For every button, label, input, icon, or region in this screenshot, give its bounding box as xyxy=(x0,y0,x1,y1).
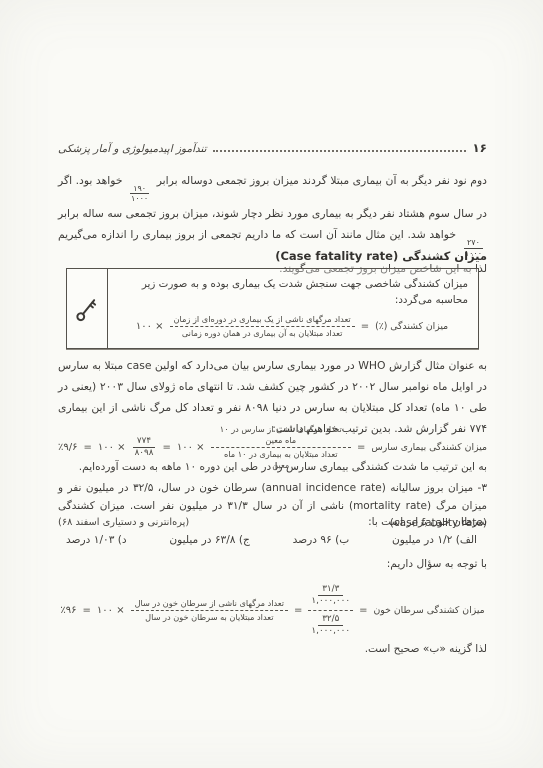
exam-source: (پره‌انترنی و دستیاری اسفند ۶۸) xyxy=(58,517,189,528)
times-100: × ۱۰۰ xyxy=(97,605,125,616)
option-key: ج) xyxy=(239,534,250,546)
equals-sign: = xyxy=(357,442,365,453)
fraction-denominator: ۸۰۹۸ xyxy=(132,448,157,459)
fraction-denominator: ۱۰۰۰ xyxy=(129,194,150,203)
result-value: ٪۹۶ xyxy=(60,605,76,616)
question-tail: سرطان خون برابر است با: xyxy=(368,516,487,528)
option-c: ج) ۶۳/۸ در میلیون xyxy=(169,534,249,546)
option-key: الف) xyxy=(456,534,477,546)
fraction-numerator: ۱۹۰ xyxy=(130,184,149,194)
times-100: × ۱۰۰ xyxy=(177,442,205,453)
complex-fraction-top: ۳۱/۳ ۱,۰۰۰,۰۰۰ xyxy=(308,584,353,607)
fraction-denominator: تعداد مبتلایان به آن بیماری در همان دوره… xyxy=(178,327,347,339)
leukemia-cfr-formula: میزان کشندگی سرطان خون = ۳۱/۳ ۱,۰۰۰,۰۰۰ … xyxy=(58,584,487,637)
key-icon-cell xyxy=(67,269,108,348)
option-key: د) xyxy=(118,534,127,546)
equals-sign: = xyxy=(359,605,367,616)
formula-label: میزان کشندگی سرطان خون xyxy=(373,605,484,616)
equals-sign: = xyxy=(162,442,170,453)
conclusion-line: لذا گزینه «ب» صحیح است. xyxy=(58,643,487,655)
sars-note: به این ترتیب ما شدت کشندگی بیماری سارس ر… xyxy=(58,461,487,473)
option-text: ۱/۰۳ درصد xyxy=(66,534,114,546)
page-number: ۱۶ xyxy=(472,141,487,155)
cfr-definition-formula: میزان کشندگی (٪) = تعداد مرگهای ناشی از … xyxy=(116,314,468,339)
equals-sign: = xyxy=(83,442,91,453)
option-text: ۹۶ درصد xyxy=(293,534,332,546)
solution-lead-in: با توجه به سؤال داریم: xyxy=(58,558,487,570)
book-title: تندآموز اپیدمیولوژی و آمار پزشکی xyxy=(58,143,207,155)
definition-box: میزان کشندگی شاخصی جهت سنجش شدت یک بیمار… xyxy=(66,268,479,349)
definition-text: میزان کشندگی شاخصی جهت سنجش شدت یک بیمار… xyxy=(116,276,468,308)
option-key: ب) xyxy=(335,534,349,546)
key-icon xyxy=(73,294,102,323)
option-text: ۱/۲ در میلیون xyxy=(392,534,452,546)
option-text: ۶۳/۸ در میلیون xyxy=(169,534,235,546)
fraction-numerator: ۳۲/۵ xyxy=(318,614,343,626)
fraction-numerator: ۳۱/۳ xyxy=(318,584,343,596)
option-a: الف) ۱/۲ در میلیون xyxy=(392,534,477,546)
scanned-page: ۱۶ تندآموز اپیدمیولوژی و آمار پزشکی دوم … xyxy=(0,0,543,768)
dotted-leader xyxy=(213,144,467,152)
section-heading: میزان کشندگی (Case fatality rate) xyxy=(58,249,487,263)
complex-fraction: ۳۱/۳ ۱,۰۰۰,۰۰۰ ۳۲/۵ ۱,۰۰۰,۰۰۰ xyxy=(308,584,353,637)
option-b: ب) ۹۶ درصد xyxy=(293,534,350,546)
fraction-denominator: تعداد مبتلایان به سرطان خون در سال xyxy=(141,611,277,623)
times-100: × ۱۰۰ xyxy=(98,442,126,453)
fraction-numerator: تعداد مرگهای ناشی از یک بیماری در دوره‌ا… xyxy=(170,314,355,327)
fraction-denominator: ۱,۰۰۰,۰۰۰ xyxy=(308,596,353,607)
equals-sign: = xyxy=(361,321,369,332)
fraction-numerator: تعداد مرگهای ناشی از سرطان خون در سال xyxy=(131,598,288,611)
formula-label: میزان کشندگی (٪) xyxy=(375,321,448,332)
sars-number-fraction: ۷۷۴ ۸۰۹۸ xyxy=(132,436,157,459)
intro-text-1: دوم نود نفر دیگر به آن بیماری مبتلا گردن… xyxy=(157,174,487,187)
fraction-denominator: ۱,۰۰۰,۰۰۰ xyxy=(308,626,353,637)
formula-label: میزان کشندگی بیماری سارس xyxy=(371,442,487,453)
fraction-190-per-1000: ۱۹۰۱۰۰۰ xyxy=(129,184,150,203)
definition-box-content: میزان کشندگی شاخصی جهت سنجش شدت یک بیمار… xyxy=(108,269,478,348)
definition-fraction: تعداد مرگهای ناشی از یک بیماری در دوره‌ا… xyxy=(170,314,355,339)
option-d: د) ۱/۰۳ درصد xyxy=(66,534,127,546)
leukemia-text-fraction: تعداد مرگهای ناشی از سرطان خون در سال تع… xyxy=(131,598,288,623)
options-row: الف) ۱/۲ در میلیون ب) ۹۶ درصد ج) ۶۳/۸ در… xyxy=(66,534,477,546)
fraction-numerator: تعداد مرگهای ناشی از سارس در ۱۰ ماه معین xyxy=(211,424,351,448)
equals-sign: = xyxy=(83,605,91,616)
fraction-numerator: ۷۷۴ xyxy=(133,436,155,448)
main-fraction-bar xyxy=(308,610,353,611)
fraction-numerator: ۲۷۰ xyxy=(464,238,483,248)
result-value: ٪۹/۶ xyxy=(58,442,77,453)
page-header: ۱۶ تندآموز اپیدمیولوژی و آمار پزشکی xyxy=(58,141,487,155)
equals-sign: = xyxy=(294,605,302,616)
complex-fraction-bottom: ۳۲/۵ ۱,۰۰۰,۰۰۰ xyxy=(308,614,353,637)
times-100: × ۱۰۰ xyxy=(136,321,164,332)
question-tail-row: سرطان خون برابر است با: (پره‌انترنی و دس… xyxy=(58,516,487,528)
